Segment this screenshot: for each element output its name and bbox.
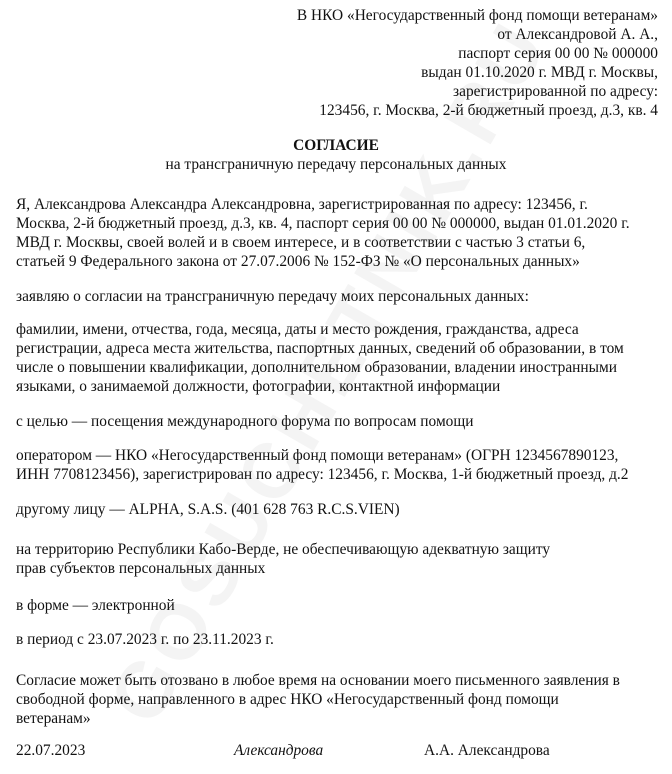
period-paragraph: в период с 23.07.2023 г. по 23.11.2023 г…	[16, 630, 661, 649]
text-line: ИНН 7708123456), зарегистрирован по адре…	[16, 465, 661, 484]
text-line: в форме — электронной	[16, 596, 661, 615]
signatory-name: А.А. Александрова	[424, 741, 550, 760]
text-line: статьей 9 Федерального закона от 27.07.2…	[16, 252, 661, 271]
text-line: Москва, 2-й бюджетный проезд, д.3, кв. 4…	[16, 214, 661, 233]
addressee-block: В НКО «Негосударственный фонд помощи вет…	[297, 6, 658, 120]
operator-paragraph: оператором — НКО «Негосударственный фонд…	[16, 446, 661, 484]
header-line: зарегистрированной по адресу:	[297, 82, 658, 101]
text-line: с целью — посещения международного форум…	[16, 412, 661, 431]
intro-paragraph: Я, Александрова Александра Александровна…	[16, 195, 661, 271]
text-line: на территорию Республики Кабо-Верде, не …	[16, 540, 661, 559]
text-line: числе о повышении квалификации, дополнит…	[16, 358, 661, 377]
document-subtitle: на трансграничную передачу персональных …	[0, 155, 672, 174]
header-line: В НКО «Негосударственный фонд помощи вет…	[297, 6, 658, 25]
text-line: Я, Александрова Александра Александровна…	[16, 195, 661, 214]
text-line: языками, о занимаемой должности, фотогра…	[16, 377, 661, 396]
purpose-paragraph: с целью — посещения международного форум…	[16, 412, 661, 431]
recipient-paragraph: другому лицу — ALPHA, S.A.S. (401 628 76…	[16, 500, 661, 519]
text-line: свободной форме, направленного в адрес Н…	[16, 690, 661, 709]
signature-date: 22.07.2023	[16, 741, 85, 760]
text-line: другому лицу — ALPHA, S.A.S. (401 628 76…	[16, 500, 661, 519]
header-line: паспорт серия 00 00 № 000000	[297, 44, 658, 63]
text-line: заявляю о согласии на трансграничную пер…	[16, 287, 661, 306]
text-line: регистрации, адреса места жительства, па…	[16, 339, 661, 358]
header-line: от Александровой А. А.,	[297, 25, 658, 44]
declare-paragraph: заявляю о согласии на трансграничную пер…	[16, 287, 661, 306]
form-paragraph: в форме — электронной	[16, 596, 661, 615]
document-title: СОГЛАСИЕ	[0, 136, 672, 155]
text-line: прав субъектов персональных данных	[16, 559, 661, 578]
revoke-paragraph: Согласие может быть отозвано в любое вре…	[16, 671, 661, 728]
text-line: ветеранам»	[16, 709, 661, 728]
header-line: выдан 01.10.2020 г. МВД г. Москвы,	[297, 63, 658, 82]
text-line: МВД г. Москвы, своей волей и в своем инт…	[16, 233, 661, 252]
data-list-paragraph: фамилии, имени, отчества, года, месяца, …	[16, 320, 661, 396]
text-line: в период с 23.07.2023 г. по 23.11.2023 г…	[16, 630, 661, 649]
text-line: Согласие может быть отозвано в любое вре…	[16, 671, 661, 690]
text-line: фамилии, имени, отчества, года, месяца, …	[16, 320, 661, 339]
header-line: 123456, г. Москва, 2-й бюджетный проезд,…	[297, 101, 658, 120]
territory-paragraph: на территорию Республики Кабо-Верде, не …	[16, 540, 661, 578]
handwritten-signature: Александрова	[234, 741, 323, 760]
text-line: оператором — НКО «Негосударственный фонд…	[16, 446, 661, 465]
